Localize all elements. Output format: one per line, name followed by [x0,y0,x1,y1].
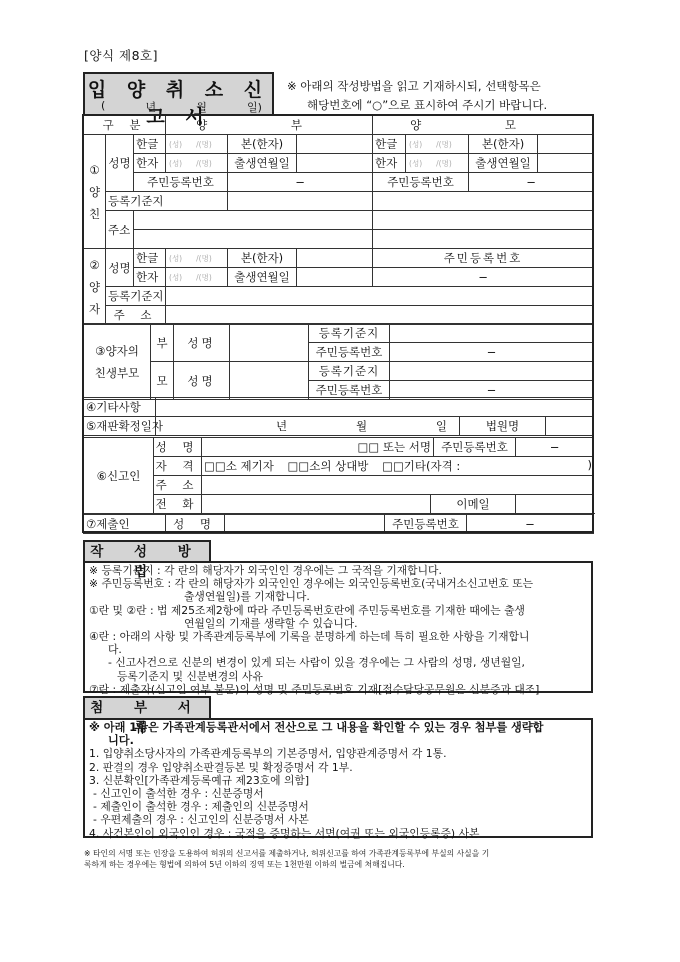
name-label: 성명 [106,135,134,192]
rrn-label: 주민등록번호 [134,173,228,192]
reporter-rrn-field[interactable]: − [516,438,594,457]
registry-label: 등록기준지 [106,192,228,211]
attachments-heading: 첨 부 서 류 [83,696,211,718]
seal-or-signature-label: □□ 또는 서명 [358,440,431,454]
mother-registry-field[interactable] [373,192,594,211]
birth-label: 출생연월일 [228,268,297,287]
reporter-label: ⑥신고인 [84,438,154,514]
attachment-subitem: - 우편제출의 경우 : 신고인의 신분증명서 사본 [89,813,587,826]
rrn-label: 주민등록번호 [373,173,469,192]
bio-father-rrn-field[interactable]: − [390,343,594,362]
hangul-label: 한글 [134,135,166,154]
notice-line-1: ※ 아래의 작성방법을 읽고 기재하시되, 선택항목은 [287,77,547,96]
instructions-heading: 작 성 방 법 [83,540,211,562]
hanja-label: 한자 [134,154,166,173]
qual-option-other[interactable]: □□기타(자격 : [382,459,460,473]
mother-address-field-1[interactable] [373,211,594,230]
name-label: 성 명 [166,515,225,534]
mother-birth-field[interactable] [538,154,594,173]
filing-date: ( 년 월 일) [85,99,272,115]
misc-court-reporter-table: ④기타사항 ⑤재판확정일자 년 월 일 법원명 [83,397,594,436]
date-month-label: 월 [196,99,207,115]
attachments-note: ※ 아래 1항은 가족관계등록관서에서 전산으로 그 내용을 확인할 수 있는 … [89,721,587,734]
submitter-table: ⑦제출인 성 명 주민등록번호 − [83,514,594,534]
instruction-line: ④란 : 아래의 사항 및 가족관계등록부에 기록을 분명하게 하는데 특히 필… [89,630,587,643]
reporter-phone-field[interactable] [202,495,431,514]
bio-father-registry-field[interactable] [390,324,594,343]
legal-warning-line-1: ※ 타인의 서명 또는 인장을 도용하여 허위의 신고서를 제출하거나, 허위신… [84,848,596,859]
address-label: 주소 [106,211,134,249]
name-label: 성명 [106,249,134,287]
hangul-label: 한글 [134,249,166,268]
attachment-item: 2. 판결의 경우 입양취소판결등본 및 확정증명서 각 1부. [89,761,587,774]
instruction-notice: ※ 아래의 작성방법을 읽고 기재하시되, 선택항목은 해당번호에 “○”으로 … [287,77,547,115]
registry-label: 등록기준지 [106,287,166,306]
reporter-email-field[interactable] [516,495,594,514]
mother-rrn-field[interactable]: − [469,173,594,192]
instruction-line: - 신고사건으로 신분의 변경이 있게 되는 사람이 있을 경우에는 그 사람의… [89,656,587,669]
adoptee-rrn-field[interactable]: − [373,268,594,287]
hanja-label: 한자 [134,268,166,287]
instruction-line: ※ 등록기준지 : 각 란의 해당자가 외국인인 경우에는 그 국적을 기재합니… [89,564,587,577]
other-matters-label: ④기타사항 [84,398,156,417]
bon-label: 본(한자) [469,135,538,154]
date-open: ( [101,99,105,115]
qual-option-plaintiff[interactable]: □□소 제기자 [204,459,274,473]
qual-option-defendant[interactable]: □□소의 상대방 [287,459,368,473]
rrn-label: 주민등록번호 [434,438,516,457]
phone-label: 전 화 [154,495,202,514]
registry-label: 등록기준지 [309,362,390,381]
header-category: 구 분 [84,116,166,135]
father-name-hanja-field[interactable]: (성)/(명) [166,154,228,173]
attachment-subitem: - 신고인이 출석한 경우 : 신분증명서 [89,787,587,800]
attachments-box: ※ 아래 1항은 가족관계등록관서에서 전산으로 그 내용을 확인할 수 있는 … [83,718,593,838]
bon-label: 본(한자) [228,249,297,268]
instruction-line: ※ 주민등록번호 : 각 란의 해당자가 외국인인 경우에는 외국인등록번호(국… [89,577,587,590]
legal-warning-line-2: 록하게 하는 경우에는 형법에 의하여 5년 이하의 징역 또는 1천만원 이하… [84,859,596,870]
name-label: 성명 [174,362,230,400]
parents-reporter-table: ③양자의 친생부모 부 성명 등록기준지 주민등록번호 − 모 성명 등록기준지… [83,323,594,400]
form-number: [양식 제8호] [84,46,158,64]
date-year-label: 년 [145,99,156,115]
adoption-cancel-form-table: 구 분 양 부 양 모 ① 양 친 성명 한글 (성)/(명) 본(한자) 한글… [83,115,594,325]
mother-name-hangul-field[interactable]: (성)/(명) [406,135,469,154]
notice-line-2: 해당번호에 “○”으로 표시하여 주시기 바랍니다. [287,96,547,115]
name-label: 성 명 [154,438,202,457]
biological-parents-label: ③양자의 친생부모 [84,324,151,400]
father-label: 부 [151,324,174,362]
submitter-name-field[interactable] [225,515,385,534]
address-label: 주 소 [154,476,202,495]
father-rrn-field[interactable]: − [228,173,373,192]
adoptee-address-field[interactable] [166,306,594,325]
instruction-line: 연월일의 기재를 생략할 수 있습니다. [89,617,587,630]
attachments-note-cont: 니다. [89,734,587,747]
bio-father-name-field[interactable] [230,324,309,362]
birth-label: 출생연월일 [469,154,538,173]
adoptee-birth-field[interactable] [297,268,373,287]
bio-mother-registry-field[interactable] [390,362,594,381]
adoptee-name-hangul-field[interactable]: (성)/(명) [166,249,228,268]
instruction-line: 등록기준지 및 신분변경의 사유 [89,670,587,683]
instruction-line: ①란 및 ②란 : 법 제25조제2항에 따라 주민등록번호란에 주민등록번호를… [89,604,587,617]
qualification-options: □□소 제기자 □□소의 상대방 □□기타(자격 : ) [202,457,594,476]
reporter-name-field[interactable]: □□ 또는 서명 [202,438,434,457]
submitter-rrn-field[interactable]: − [467,515,594,534]
adoptive-parents-label: ① 양 친 [84,135,106,249]
registry-label: 등록기준지 [309,324,390,343]
judgment-date-label: ⑤재판확정일자 [84,417,156,436]
adoptee-label: ② 양 자 [84,249,106,325]
attachment-item: 4. 사건본인이 외국인인 경우 : 국적을 증명하는 서면(여권 또는 외국인… [89,827,587,840]
father-registry-field[interactable] [228,192,373,211]
address-label: 주 소 [106,306,166,325]
header-adoptive-mother: 양 모 [373,116,594,135]
father-name-hangul-field[interactable]: (성)/(명) [166,135,228,154]
mother-name-hanja-field[interactable]: (성)/(명) [406,154,469,173]
header-adoptive-father: 양 부 [166,116,373,135]
email-label: 이메일 [431,495,516,514]
mother-label: 모 [151,362,174,400]
bon-label: 본(한자) [228,135,297,154]
adoptee-registry-field[interactable] [166,287,594,306]
qualification-label: 자 격 [154,457,202,476]
father-bon-field[interactable] [297,135,373,154]
bio-mother-name-field[interactable] [230,362,309,400]
instructions-box: ※ 등록기준지 : 각 란의 해당자가 외국인인 경우에는 그 국적을 기재합니… [83,561,593,693]
mother-address-field-2[interactable] [373,230,594,249]
court-name-field[interactable] [546,417,594,436]
form-title-box: 입 양 취 소 신 고 서 ( 년 월 일) [83,72,274,114]
hanja-label: 한자 [373,154,406,173]
father-address-field-2[interactable] [134,230,373,249]
rrn-label: 주민등록번호 [385,515,467,534]
name-label: 성명 [174,324,230,362]
reporter-address-field[interactable] [202,476,594,495]
adoptee-name-hanja-field[interactable]: (성)/(명) [166,268,228,287]
father-birth-field[interactable] [297,154,373,173]
other-matters-field[interactable] [156,398,594,417]
instruction-line: 다. [89,643,587,656]
mother-bon-field[interactable] [538,135,594,154]
instruction-line: ⑦란 : 제출자(신고인 여부 불문)의 성명 및 주민등록번호 기재[접수담당… [89,683,587,696]
attachment-subitem: - 제출인이 출석한 경우 : 제출인의 신분증명서 [89,800,587,813]
adoptee-bon-field[interactable] [297,249,373,268]
submitter-label: ⑦제출인 [84,515,166,534]
hangul-label: 한글 [373,135,406,154]
attachment-item: 3. 신분확인[가족관계등록예규 제23호에 의함] [89,774,587,787]
instruction-line: 출생연월일)를 기재합니다. [89,590,587,603]
court-name-label: 법원명 [460,417,546,436]
birth-label: 출생연월일 [228,154,297,173]
legal-warning: ※ 타인의 서명 또는 인장을 도용하여 허위의 신고서를 제출하거나, 허위신… [84,848,596,870]
attachment-item: 1. 입양취소당사자의 가족관계등록부의 기본증명서, 입양관계증명서 각 1통… [89,747,587,760]
father-address-field-1[interactable] [134,211,373,230]
date-day-label: 일) [247,99,262,115]
rrn-label: 주민등록번호 [309,343,390,362]
rrn-label: 주민등록번호 [373,249,594,268]
judgment-date-field[interactable]: 년 월 일 [156,417,460,436]
reporter-table: ⑥신고인 성 명 □□ 또는 서명 주민등록번호 − 자 격 □□소 제기자 □… [83,437,594,514]
